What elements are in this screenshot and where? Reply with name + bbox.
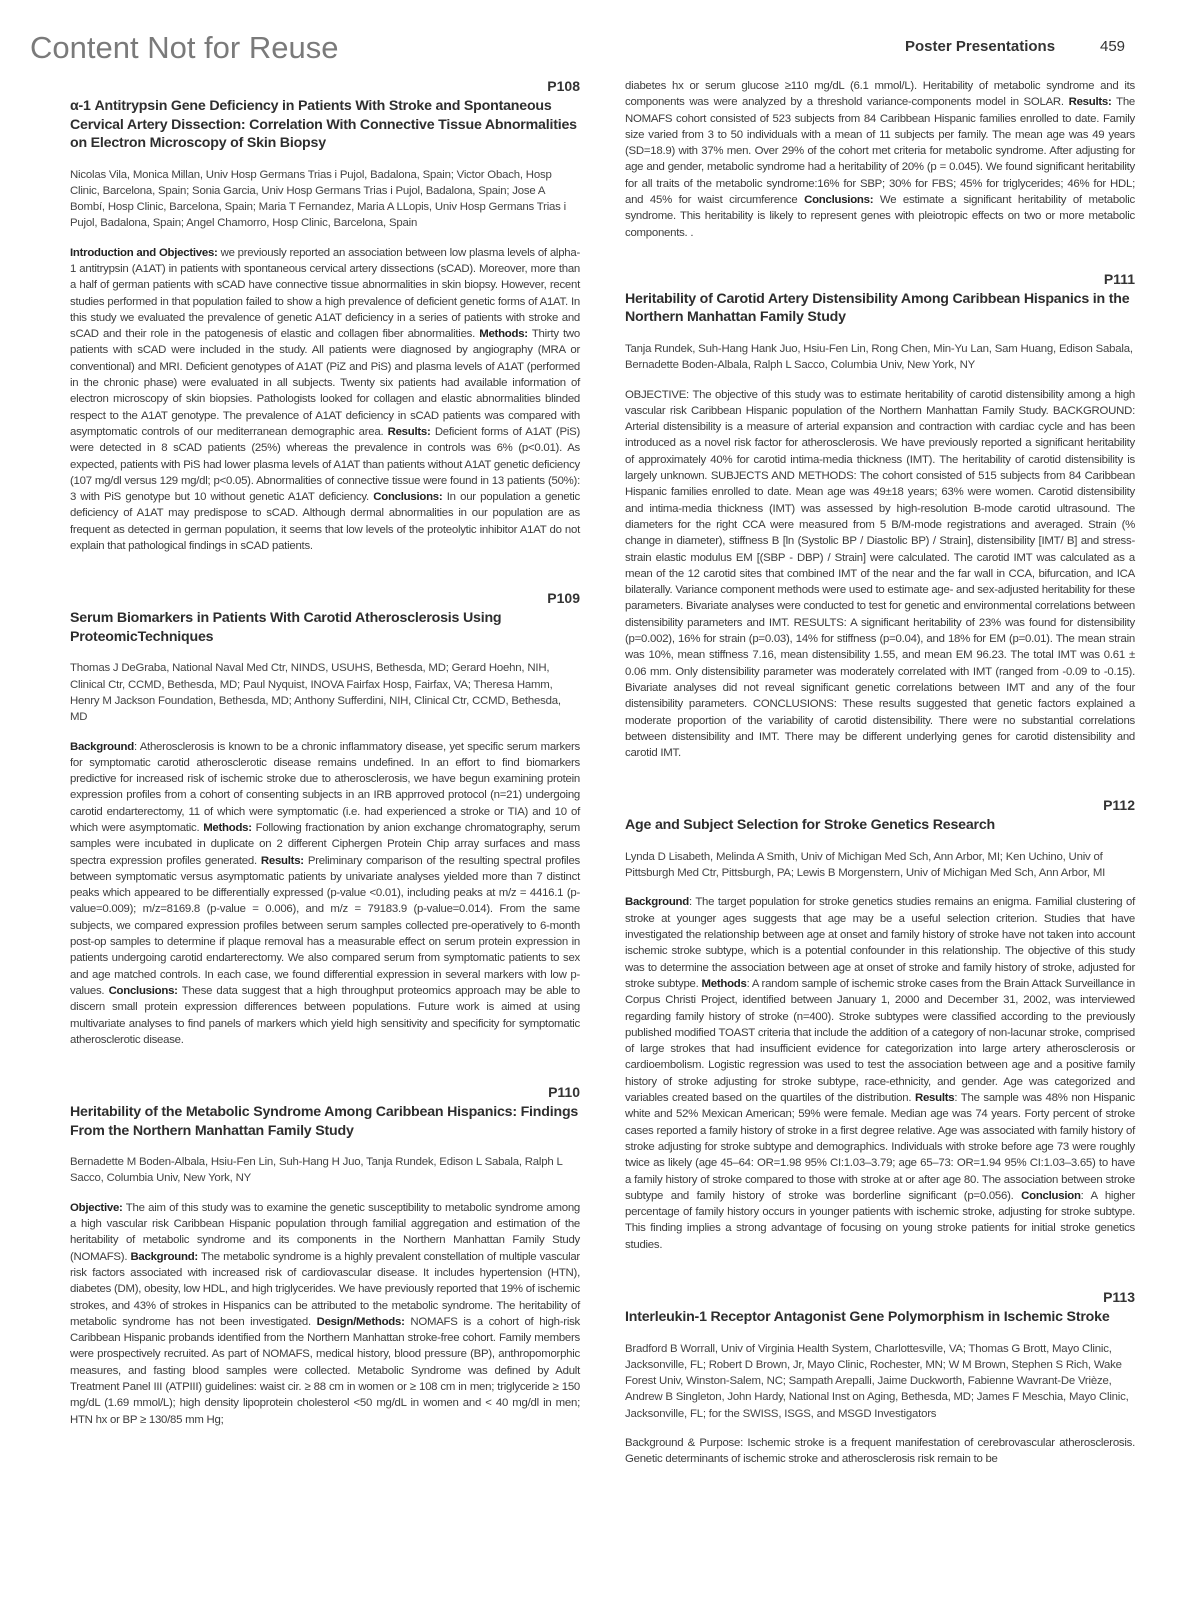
section-label: Conclusions:	[373, 491, 442, 503]
abstract-number: P113	[625, 1289, 1135, 1306]
section-label: Conclusions:	[109, 985, 178, 997]
watermark: Content Not for Reuse	[30, 30, 338, 66]
running-title: Poster Presentations	[905, 38, 1055, 55]
abstract-p111: P111 Heritability of Carotid Artery Dist…	[625, 271, 1135, 761]
section-text: : Atherosclerosis is known to be a chron…	[70, 741, 580, 834]
section-text: : The sample was 48% non Hispanic white …	[625, 1092, 1135, 1202]
abstract-title: Serum Biomarkers in Patients With Caroti…	[70, 609, 580, 646]
section-text: Thirty two patients with sCAD were inclu…	[70, 328, 580, 438]
abstract-p109: P109 Serum Biomarkers in Patients With C…	[70, 590, 580, 1048]
section-text: diabetes hx or serum glucose ≥110 mg/dL …	[625, 80, 1135, 108]
abstract-body: OBJECTIVE: The objective of this study w…	[625, 387, 1135, 762]
abstract-number: P109	[70, 590, 580, 607]
abstract-p110-continued: diabetes hx or serum glucose ≥110 mg/dL …	[625, 78, 1135, 241]
abstract-title: Interleukin-1 Receptor Antagonist Gene P…	[625, 1308, 1135, 1327]
section-text: we previously reported an association be…	[70, 247, 580, 340]
section-label: Results	[915, 1092, 954, 1104]
abstract-number: P111	[625, 271, 1135, 288]
abstract-title: α-1 Antitrypsin Gene Deficiency in Patie…	[70, 97, 580, 153]
section-label: Background	[625, 896, 689, 908]
section-text: Background & Purpose: Ischemic stroke is…	[625, 1437, 1135, 1465]
section-text: : A random sample of ischemic stroke cas…	[625, 978, 1135, 1104]
section-label: Results:	[261, 855, 304, 867]
section-label: Objective:	[70, 1202, 123, 1214]
section-label: Methods	[702, 978, 747, 990]
section-label: Conclusions:	[804, 194, 873, 206]
abstract-p108: P108 α-1 Antitrypsin Gene Deficiency in …	[70, 78, 580, 554]
abstract-authors: Tanja Rundek, Suh-Hang Hank Juo, Hsiu-Fe…	[625, 341, 1135, 374]
abstract-p110: P110 Heritability of the Metabolic Syndr…	[70, 1084, 580, 1428]
right-column: diabetes hx or serum glucose ≥110 mg/dL …	[625, 78, 1135, 1468]
section-label: Methods:	[203, 822, 252, 834]
section-label: Design/Methods:	[317, 1316, 405, 1328]
section-label: Results:	[1069, 96, 1112, 108]
abstract-number: P108	[70, 78, 580, 95]
section-text: NOMAFS is a cohort of high-risk Caribbea…	[70, 1316, 580, 1426]
page-number: 459	[1100, 38, 1125, 55]
section-text: : The target population for stroke genet…	[625, 896, 1135, 989]
abstract-authors: Bradford B Worrall, Univ of Virginia Hea…	[625, 1341, 1135, 1422]
section-label: Background	[70, 741, 134, 753]
left-column: P108 α-1 Antitrypsin Gene Deficiency in …	[70, 78, 580, 1428]
section-text: OBJECTIVE: The objective of this study w…	[625, 389, 1135, 760]
abstract-body: Introduction and Objectives: we previous…	[70, 245, 580, 555]
abstract-title: Age and Subject Selection for Stroke Gen…	[625, 816, 1135, 835]
abstract-p112: P112 Age and Subject Selection for Strok…	[625, 797, 1135, 1253]
abstract-authors: Thomas J DeGraba, National Naval Med Ctr…	[70, 660, 580, 725]
abstract-p113: P113 Interleukin-1 Receptor Antagonist G…	[625, 1289, 1135, 1468]
abstract-title: Heritability of Carotid Artery Distensib…	[625, 290, 1135, 327]
section-text: Preliminary comparison of the resulting …	[70, 855, 580, 997]
abstract-authors: Lynda D Lisabeth, Melinda A Smith, Univ …	[625, 849, 1135, 882]
abstract-title: Heritability of the Metabolic Syndrome A…	[70, 1103, 580, 1140]
section-label: Results:	[388, 426, 431, 438]
section-label: Background:	[130, 1251, 198, 1263]
abstract-body: Background: Atherosclerosis is known to …	[70, 739, 580, 1049]
abstract-authors: Nicolas Vila, Monica Millan, Univ Hosp G…	[70, 167, 580, 232]
section-label: Conclusion	[1021, 1190, 1081, 1202]
abstract-number: P110	[70, 1084, 580, 1101]
section-text: The NOMAFS cohort consisted of 523 subje…	[625, 96, 1135, 206]
abstract-body: Background & Purpose: Ischemic stroke is…	[625, 1435, 1135, 1468]
abstract-number: P112	[625, 797, 1135, 814]
abstract-body: Objective: The aim of this study was to …	[70, 1200, 580, 1428]
abstract-body: diabetes hx or serum glucose ≥110 mg/dL …	[625, 78, 1135, 241]
section-label: Methods:	[479, 328, 528, 340]
section-label: Introduction and Objectives:	[70, 247, 218, 259]
abstract-authors: Bernadette M Boden-Albala, Hsiu-Fen Lin,…	[70, 1154, 580, 1187]
abstract-body: Background: The target population for st…	[625, 894, 1135, 1253]
